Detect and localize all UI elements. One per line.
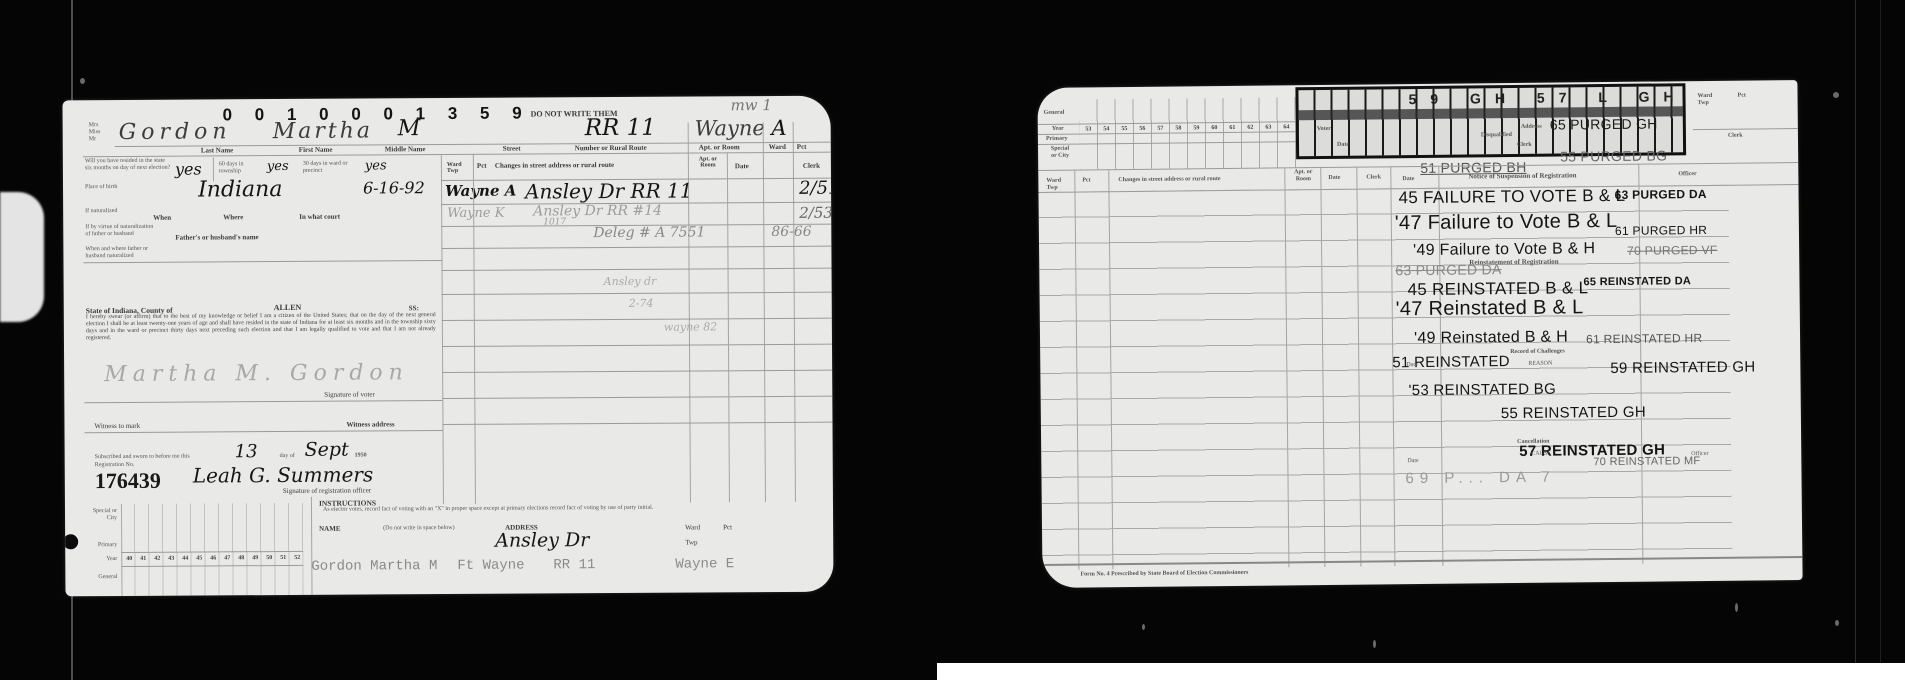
- year-cell: 57: [1152, 126, 1169, 132]
- faint-entry: Ansley dr: [604, 275, 657, 288]
- row-line: [442, 396, 832, 399]
- suspension-entry: '49 Failure to Vote B & H: [1413, 240, 1595, 260]
- day-of-label: day of: [280, 453, 295, 460]
- street-label: Street: [503, 145, 521, 153]
- change-date: 2/51: [799, 178, 834, 199]
- instructions-twp-label: Twp: [685, 538, 697, 546]
- suspension-date-label: Date: [1402, 176, 1414, 183]
- back-pct-label: Pct: [1082, 177, 1090, 184]
- township-label: 60 days in township: [219, 161, 263, 175]
- overlay-label-date: Date: [1337, 142, 1349, 149]
- witness-address-label: Witness address: [346, 420, 394, 428]
- changes-ward-label: Ward Twp: [447, 162, 463, 174]
- year-cell: 62: [1242, 125, 1259, 131]
- row-line: [441, 246, 831, 249]
- row-line: [442, 370, 832, 373]
- grid-label-primary: Primary: [87, 542, 117, 549]
- back-apt-label: Apt. or Room: [1290, 169, 1316, 183]
- oath-ss: SS:: [409, 304, 419, 312]
- cancellation-cause-label: CAUSE: [1531, 451, 1551, 458]
- dust-speck: [1833, 92, 1839, 98]
- grid-label-year: Year: [87, 556, 117, 563]
- divider: [311, 497, 313, 595]
- year-cell: 54: [1098, 126, 1115, 132]
- suspension-title: Notice of Suspension of Registration: [1468, 172, 1576, 180]
- right-ward-label: Ward Twp: [1697, 93, 1717, 107]
- faint-entry: wayne 82: [664, 320, 717, 333]
- number-label: Number or Rural Route: [575, 144, 647, 152]
- year-cell: 56: [1134, 126, 1151, 132]
- changes-pct-label: Pct: [477, 162, 487, 170]
- registration-number: 176439: [95, 468, 161, 494]
- residence-question: Will you have resided in the state six m…: [85, 158, 173, 173]
- row-line: [442, 318, 832, 321]
- changes-date-label: Date: [735, 162, 749, 170]
- grid-label-primary: Primary: [1046, 136, 1068, 143]
- header-numbers: 0 0 1 0 0 0 1 3 5 9: [223, 103, 531, 125]
- middle-name: M: [398, 116, 421, 141]
- first-name: Martha: [273, 118, 373, 144]
- cancellation-date-label: Date: [1407, 458, 1418, 465]
- instructions-no-write: (Do not write in space below): [383, 525, 455, 532]
- bottom-handwritten-address: Ansley Dr: [495, 529, 589, 552]
- reinstatement-entry: '49 Reinstated B & H: [1414, 328, 1568, 348]
- year-cell: 53: [1080, 126, 1097, 132]
- back-changes-label: Changes in street address or rural route: [1118, 176, 1220, 184]
- film-edge-strip: [937, 663, 1905, 680]
- reinstatement-entry: 55 REINSTATED GH: [1501, 404, 1646, 423]
- naturalized-court-label: In what court: [299, 213, 340, 221]
- faint-entry: 2-74: [629, 297, 654, 310]
- divider: [83, 260, 441, 263]
- oath-text: I hereby swear (or affirm) that to the b…: [86, 312, 436, 342]
- voter-signature: Martha M. Gordon: [104, 360, 409, 387]
- virtue-label: If by virtue of naturalization of father…: [85, 224, 155, 238]
- year-cell: 60: [1206, 125, 1223, 131]
- film-streak: [1855, 0, 1856, 680]
- change-date: 86-66: [771, 224, 811, 240]
- dust-speck: [80, 78, 85, 84]
- divider: [727, 152, 730, 502]
- ward-days-label: 30 days in ward or precinct: [303, 161, 363, 175]
- reinstatement-side-entry: 61 REINSTATED HR: [1586, 331, 1703, 346]
- cancellation-title: Cancellation: [1517, 439, 1549, 446]
- middle-name-label: Middle Name: [385, 145, 426, 153]
- overlay-label-disqualified: Disqualified: [1481, 132, 1512, 139]
- row-line: [442, 268, 832, 271]
- dust-speck: [1373, 640, 1376, 648]
- back-date-label: Date: [1328, 175, 1340, 182]
- challenges-date-label: Date: [1406, 362, 1417, 369]
- ward-name: Wayne A: [695, 116, 787, 141]
- purged-stamp: 55 PURGED BG: [1560, 147, 1667, 164]
- year-cell: 59: [1188, 125, 1205, 131]
- ward-label: Ward: [769, 143, 786, 151]
- instructions-name-label: NAME: [319, 525, 340, 533]
- divider: [441, 154, 444, 504]
- grid-label-year: Year: [1052, 126, 1064, 133]
- oath-county: ALLEN: [274, 303, 302, 312]
- suspension-officer-label: Officer: [1678, 171, 1696, 178]
- grid-lines: [121, 503, 304, 596]
- overlay-overprint: 59 GH 57 L GH: [1408, 88, 1687, 107]
- top-right-note: mw 1: [730, 96, 771, 114]
- overlay-label-address: Address: [1521, 124, 1542, 131]
- voter-signature-label: Signature of voter: [324, 390, 375, 398]
- suspension-side-entry: 70 PURGED VF: [1627, 243, 1717, 258]
- sworn-label: Subscribed and sworn to before me this: [95, 454, 190, 462]
- last-name-label: Last Name: [201, 146, 234, 154]
- grid-label-general: General: [1044, 110, 1065, 117]
- reinstatement-title: Reinstatement of Registration: [1469, 259, 1559, 267]
- purged-stamp: 65 PURGED GH: [1550, 116, 1658, 133]
- sworn-year: 1950: [355, 452, 367, 459]
- changes-clerk-label: Clerk: [803, 162, 820, 170]
- naturalized-label: If naturalized: [85, 208, 125, 215]
- year-cell: 61: [1224, 125, 1241, 131]
- instructions-pct-label: Pct: [723, 523, 732, 531]
- instructions-ward-label: Ward: [685, 523, 700, 531]
- when-where-label: When and where father or husband natural…: [85, 246, 165, 260]
- registration-card-front: 0 0 1 0 0 0 1 3 5 9 DO NOT WRITE THEM mw…: [62, 96, 833, 597]
- change-date: 2/53: [799, 204, 833, 222]
- sworn-month: Sept: [305, 439, 349, 461]
- pct-label: Pct: [797, 143, 807, 151]
- change-address: Deleg # A 7551: [593, 224, 705, 241]
- changes-apt-label: Apt. or Room: [695, 156, 721, 168]
- right-clerk-label: Clerk: [1728, 133, 1743, 140]
- back-clerk-label: Clerk: [1366, 174, 1381, 181]
- registration-card-back: General Year Primary Special or City 53 …: [1037, 80, 1802, 588]
- year-cell: 64: [1278, 124, 1295, 130]
- apt-label: Apt. or Room: [699, 143, 740, 151]
- change-address: Ansley Dr RR 11: [525, 179, 693, 204]
- year-cell: 55: [1116, 126, 1133, 132]
- change-ward: Wayne A: [445, 182, 516, 200]
- overlay-label-clerk: Clerk: [1517, 142, 1532, 149]
- witness-mark-label: Witness to mark: [94, 422, 140, 430]
- dust-speck: [1142, 624, 1145, 630]
- row-line: [442, 422, 832, 425]
- row-line: [442, 344, 832, 347]
- back-ward-label: Ward Twp: [1046, 178, 1064, 192]
- typed-route: RR 11: [553, 557, 595, 573]
- officer-signature: Leah G. Summers: [193, 462, 374, 487]
- reinstatement-entry: '53 REINSTATED BG: [1409, 381, 1557, 400]
- first-name-label: First Name: [299, 146, 333, 154]
- sworn-day: 13: [235, 441, 258, 462]
- divider: [85, 430, 443, 433]
- changes-header-label: Changes in street address or rural route: [495, 161, 614, 170]
- overlay-label-voter: Voter: [1317, 126, 1331, 133]
- year-cell: 58: [1170, 125, 1187, 131]
- title-prefix: Mrs Miss Mr: [89, 122, 101, 143]
- suspension-side-entry: 61 PURGED HR: [1615, 223, 1707, 238]
- ward-days-answer: yes: [365, 158, 387, 173]
- typed-name: Gordon Martha M: [311, 558, 437, 575]
- row-line: [1693, 128, 1798, 130]
- reinstatement-entry: '47 Reinstated B & L: [1396, 296, 1584, 321]
- birth-date: 6-16-92: [363, 178, 425, 197]
- film-streak: [1880, 0, 1881, 680]
- suspension-side-entry: 63 PURGED DA: [1614, 187, 1706, 202]
- dust-speck: [1835, 620, 1839, 626]
- instructions-text: As elector votes, record fact of voting …: [323, 505, 683, 514]
- cancellation-entry: 69 P... DA 7: [1405, 469, 1555, 488]
- reinstatement-side-entry: 65 REINSTATED DA: [1583, 275, 1691, 288]
- suspension-entry: 45 FAILURE TO VOTE B & L: [1398, 186, 1625, 208]
- officer-signature-label: Signature of registration officer: [283, 486, 371, 495]
- challenges-title: Record of Challenges: [1510, 348, 1565, 356]
- change-ward: Wayne K: [447, 206, 504, 221]
- right-pct-label: Pct: [1737, 93, 1745, 100]
- reinstatement-side-entry: 70 REINSTATED MF: [1593, 455, 1700, 468]
- naturalized-when-label: When: [153, 214, 171, 222]
- residence-answer: yes: [175, 160, 202, 179]
- reinstatement-side-entry: 59 REINSTATED GH: [1610, 358, 1755, 377]
- grid-label-general: General: [87, 574, 117, 581]
- cancellation-officer-label: Officer: [1691, 451, 1708, 458]
- suspension-entry: '47 Failure to Vote B & L: [1395, 210, 1618, 235]
- grid-label-special: Special or City: [87, 508, 117, 522]
- row-line: [442, 292, 832, 295]
- naturalized-where-label: Where: [223, 213, 243, 221]
- form-footer: Form No. 4 Prescribed by State Board of …: [1080, 570, 1248, 579]
- rural-route: RR 11: [585, 115, 656, 141]
- typed-ward: Wayne E: [675, 556, 734, 572]
- grid-label-special: Special or City: [1048, 146, 1072, 160]
- year-cell: 63: [1260, 124, 1277, 130]
- typed-city: Ft Wayne: [457, 558, 524, 574]
- last-name: Gordon: [119, 119, 232, 145]
- punch-hole: [63, 534, 78, 549]
- place-of-birth-label: Place of birth: [85, 184, 121, 191]
- place-of-birth: Indiana: [198, 177, 283, 203]
- challenges-reason-label: REASON: [1528, 361, 1552, 368]
- township-answer: yes: [267, 159, 289, 174]
- divider: [84, 400, 442, 403]
- adjacent-card-tab: [0, 192, 44, 322]
- dust-speck: [1735, 603, 1738, 612]
- father-name-label: Father's or husband's name: [175, 233, 258, 242]
